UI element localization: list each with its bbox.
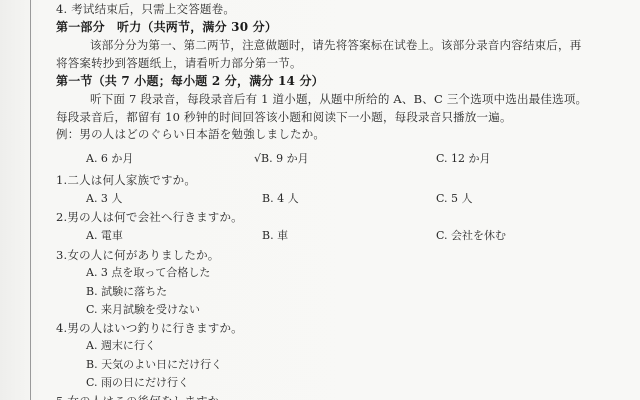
section1-desc-line1: 听下面 7 段录音，每段录音后有 1 道小题，从题中所给的 A、B、C 三个选项…	[90, 92, 587, 106]
q1-option-c: C. 5 人	[436, 192, 473, 206]
exam-page: 4. 考试结束后，只需上交答题卷。 第一部分 听力（共两节，满分 30 分） 该…	[0, 0, 640, 400]
question-3: 3.女の人に何がありましたか。	[56, 248, 219, 262]
part1-desc-line1: 该部分分为第一、第二两节，注意做题时，请先将答案标在试卷上。该部分录音内容结束后…	[90, 38, 581, 52]
note-4: 4. 考试结束后，只需上交答题卷。	[56, 2, 235, 16]
question-5: 5.女の人はこの後何をしますか。	[56, 394, 231, 400]
q2-option-b: B. 車	[262, 229, 288, 243]
section1-title: 第一节（共 7 小题；每小题 2 分，满分 14 分）	[56, 74, 324, 88]
part1-desc-line2: 将答案转抄到答题纸上，请看听力部分第一节。	[56, 56, 302, 70]
q2-option-a: A. 電車	[86, 229, 123, 243]
example-option-c: C. 12 か月	[436, 152, 491, 166]
margin-rule	[30, 0, 31, 400]
q4-option-c: C. 雨の日にだけ行く	[86, 376, 189, 390]
q3-option-c: C. 来月試験を受けない	[86, 303, 200, 317]
part1-title: 第一部分 听力（共两节，满分 30 分）	[56, 20, 277, 34]
example-option-b: √B. 9 か月	[254, 152, 309, 166]
question-2: 2.男の人は何で会社へ行きますか。	[56, 210, 243, 224]
q1-option-b: B. 4 人	[262, 192, 299, 206]
q1-option-a: A. 3 人	[86, 192, 122, 206]
section1-desc-line2: 每段录音后，都留有 10 秒钟的时间回答该小题和阅读下一小题，每段录音只播放一遍…	[56, 110, 512, 124]
question-1: 1.二人は何人家族ですか。	[56, 173, 196, 187]
q3-option-a: A. 3 点を取って合格した	[86, 266, 210, 280]
q4-option-a: A. 週末に行く	[86, 339, 156, 353]
example-question: 例：男の人はどのぐらい日本語を勉強しましたか。	[56, 127, 325, 141]
q2-option-c: C. 会社を休む	[436, 229, 506, 243]
q3-option-b: B. 試験に落ちた	[86, 285, 167, 299]
q4-option-b: B. 天気のよい日にだけ行く	[86, 358, 222, 372]
example-option-a: A. 6 か月	[86, 152, 133, 166]
question-4: 4.男の人はいつ釣りに行きますか。	[56, 321, 243, 335]
